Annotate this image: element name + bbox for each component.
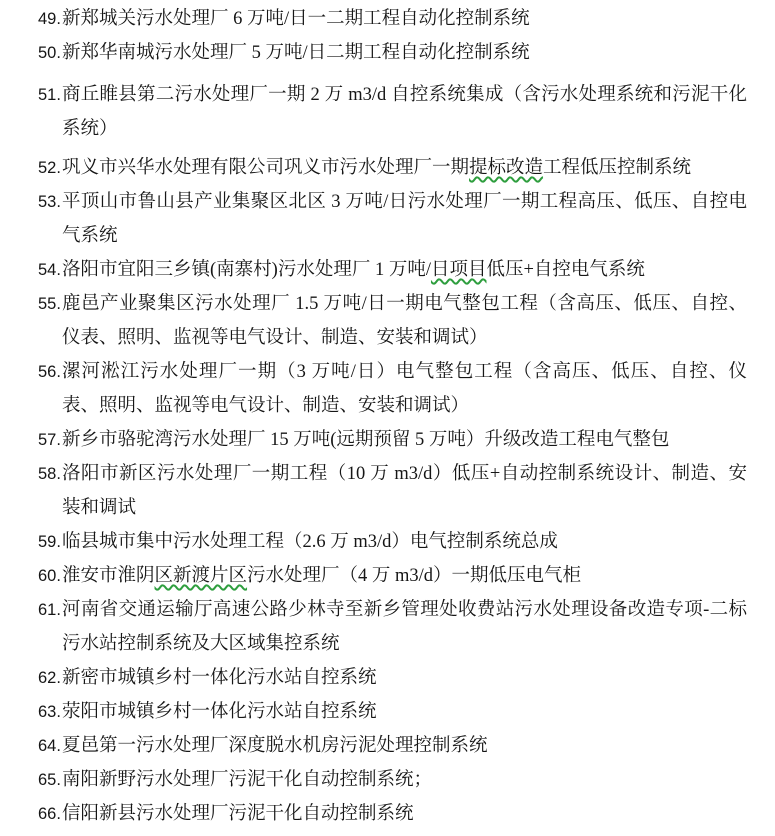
item-number: 63. [38,695,62,729]
list-item: 61. 河南省交通运输厅高速公路少林寺至新乡管理处收费站污水处理设备改造专项-二… [38,593,747,661]
item-text-segment: 洛阳市新区污水处理厂一期工程（10 万 m3/d）低压+自动控制系统设计、制造、… [62,464,747,518]
list-item: 58. 洛阳市新区污水处理厂一期工程（10 万 m3/d）低压+自动控制系统设计… [38,457,747,525]
item-text: 夏邑第一污水处理厂深度脱水机房污泥处理控制系统 [62,729,747,763]
item-text-segment: 夏邑第一污水处理厂深度脱水机房污泥处理控制系统 [62,736,488,756]
list-item: 63. 荥阳市城镇乡村一体化污水站自控系统 [38,695,747,729]
item-text: 新乡市骆驼湾污水处理厂 15 万吨(远期预留 5 万吨）升级改造工程电气整包 [62,423,747,457]
item-number: 62. [38,661,62,695]
item-number: 49. [38,2,62,36]
item-number: 54. [38,253,62,287]
list-item: 54. 洛阳市宜阳三乡镇(南寨村)污水处理厂 1 万吨/日项目低压+自控电气系统 [38,253,747,287]
item-text: 平顶山市鲁山县产业集聚区北区 3 万吨/日污水处理厂一期工程高压、低压、自控电气… [62,185,747,253]
list-item: 56. 漯河淞江污水处理厂一期（3 万吨/日）电气整包工程（含高压、低压、自控、… [38,355,747,423]
item-text-segment: 巩义市兴华水处理有限公司巩义市污水处理厂一期 [62,158,469,178]
list-item: 66. 信阳新县污水处理厂污泥干化自动控制系统 [38,797,747,831]
grammar-check-underlined-text: 区新渡片区 [155,566,248,586]
item-number: 56. [38,355,62,389]
item-text: 荥阳市城镇乡村一体化污水站自控系统 [62,695,747,729]
grammar-check-underlined-text: 日项目 [431,260,487,280]
item-number: 57. [38,423,62,457]
item-text: 河南省交通运输厅高速公路少林寺至新乡管理处收费站污水处理设备改造专项-二标污水站… [62,593,747,661]
item-number: 50. [38,36,62,70]
item-text: 南阳新野污水处理厂污泥干化自动控制系统； [62,763,747,797]
item-text-segment: 河南省交通运输厅高速公路少林寺至新乡管理处收费站污水处理设备改造专项-二标污水站… [62,600,747,654]
item-text-segment: 新乡市骆驼湾污水处理厂 15 万吨(远期预留 5 万吨）升级改造工程电气整包 [62,430,669,450]
item-text-segment: 漯河淞江污水处理厂一期（3 万吨/日）电气整包工程（含高压、低压、自控、仪表、照… [62,362,747,416]
item-text-segment: 平顶山市鲁山县产业集聚区北区 3 万吨/日污水处理厂一期工程高压、低压、自控电气… [62,192,747,246]
item-text: 洛阳市新区污水处理厂一期工程（10 万 m3/d）低压+自动控制系统设计、制造、… [62,457,747,525]
item-text: 新密市城镇乡村一体化污水站自控系统 [62,661,747,695]
item-text-segment: 工程低压控制系统 [543,158,691,178]
item-text-segment: 荥阳市城镇乡村一体化污水站自控系统 [62,702,377,722]
item-number: 55. [38,287,62,321]
item-text-segment: 鹿邑产业聚集区污水处理厂 1.5 万吨/日一期电气整包工程（含高压、低压、自控、… [62,294,747,348]
list-item: 51. 商丘睢县第二污水处理厂一期 2 万 m3/d 自控系统集成（含污水处理系… [38,78,747,146]
item-text: 漯河淞江污水处理厂一期（3 万吨/日）电气整包工程（含高压、低压、自控、仪表、照… [62,355,747,423]
item-number: 52. [38,151,62,185]
item-text: 鹿邑产业聚集区污水处理厂 1.5 万吨/日一期电气整包工程（含高压、低压、自控、… [62,287,747,355]
item-text-segment: 淮安市淮阴 [62,566,155,586]
item-number: 53. [38,185,62,219]
item-text: 洛阳市宜阳三乡镇(南寨村)污水处理厂 1 万吨/日项目低压+自控电气系统 [62,253,747,287]
item-text: 临县城市集中污水处理工程（2.6 万 m3/d）电气控制系统总成 [62,525,747,559]
item-text-segment: 洛阳市宜阳三乡镇(南寨村)污水处理厂 1 万吨/ [62,260,431,280]
list-item: 55. 鹿邑产业聚集区污水处理厂 1.5 万吨/日一期电气整包工程（含高压、低压… [38,287,747,355]
item-text: 商丘睢县第二污水处理厂一期 2 万 m3/d 自控系统集成（含污水处理系统和污泥… [62,78,747,146]
grammar-check-underlined-text: 提标改造 [469,158,543,178]
item-text: 巩义市兴华水处理有限公司巩义市污水处理厂一期提标改造工程低压控制系统 [62,151,747,185]
project-list: 49. 新郑城关污水处理厂 6 万吨/日一二期工程自动化控制系统 50. 新郑华… [38,2,747,831]
list-item: 64. 夏邑第一污水处理厂深度脱水机房污泥处理控制系统 [38,729,747,763]
document-page: 49. 新郑城关污水处理厂 6 万吨/日一二期工程自动化控制系统 50. 新郑华… [0,0,775,831]
list-item: 59. 临县城市集中污水处理工程（2.6 万 m3/d）电气控制系统总成 [38,525,747,559]
list-item: 65. 南阳新野污水处理厂污泥干化自动控制系统； [38,763,747,797]
list-item: 50. 新郑华南城污水处理厂 5 万吨/日二期工程自动化控制系统 [38,36,747,70]
item-text-segment: 新密市城镇乡村一体化污水站自控系统 [62,668,377,688]
item-number: 60. [38,559,62,593]
list-item: 60. 淮安市淮阴区新渡片区污水处理厂（4 万 m3/d）一期低压电气柜 [38,559,747,593]
item-number: 64. [38,729,62,763]
item-text-segment: 信阳新县污水处理厂污泥干化自动控制系统 [62,804,414,824]
item-text-segment: 新郑城关污水处理厂 6 万吨/日一二期工程自动化控制系统 [62,9,530,29]
item-text-segment: 南阳新野污水处理厂污泥干化自动控制系统； [62,770,432,790]
item-text-segment: 低压+自控电气系统 [486,260,644,280]
item-number: 65. [38,763,62,797]
item-text-segment: 商丘睢县第二污水处理厂一期 2 万 m3/d 自控系统集成（含污水处理系统和污泥… [62,85,747,139]
item-number: 61. [38,593,62,627]
item-text-segment: 新郑华南城污水处理厂 5 万吨/日二期工程自动化控制系统 [62,43,530,63]
item-number: 66. [38,797,62,831]
item-text-segment: 污水处理厂（4 万 m3/d）一期低压电气柜 [247,566,581,586]
item-text: 新郑城关污水处理厂 6 万吨/日一二期工程自动化控制系统 [62,2,747,36]
item-text-segment: 临县城市集中污水处理工程（2.6 万 m3/d）电气控制系统总成 [62,532,558,552]
item-number: 58. [38,457,62,491]
item-number: 59. [38,525,62,559]
list-item: 52. 巩义市兴华水处理有限公司巩义市污水处理厂一期提标改造工程低压控制系统 [38,151,747,185]
item-text: 新郑华南城污水处理厂 5 万吨/日二期工程自动化控制系统 [62,36,747,70]
item-text: 信阳新县污水处理厂污泥干化自动控制系统 [62,797,747,831]
item-text: 淮安市淮阴区新渡片区污水处理厂（4 万 m3/d）一期低压电气柜 [62,559,747,593]
item-number: 51. [38,78,62,112]
list-item: 49. 新郑城关污水处理厂 6 万吨/日一二期工程自动化控制系统 [38,2,747,36]
list-item: 62. 新密市城镇乡村一体化污水站自控系统 [38,661,747,695]
list-item: 57. 新乡市骆驼湾污水处理厂 15 万吨(远期预留 5 万吨）升级改造工程电气… [38,423,747,457]
list-item: 53. 平顶山市鲁山县产业集聚区北区 3 万吨/日污水处理厂一期工程高压、低压、… [38,185,747,253]
